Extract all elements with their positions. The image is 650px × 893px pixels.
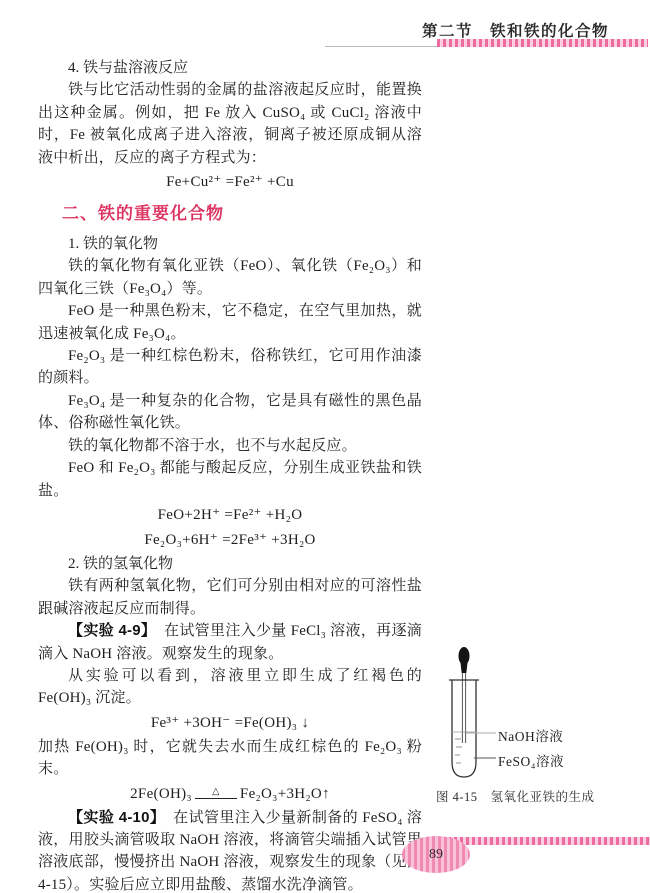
- heading-iron-oxides: 1. 铁的氧化物: [38, 233, 422, 255]
- section-header-title: 第二节 铁和铁的化合物: [422, 19, 609, 41]
- figure-label-feso4: FeSO₄溶液: [498, 750, 564, 770]
- heading-salt-reaction: 4. 铁与盐溶液反应: [38, 57, 422, 79]
- textbook-page: { "header": { "section_label": "第二节 铁和铁的…: [0, 0, 650, 893]
- heading-iron-hydroxides: 2. 铁的氢氧化物: [38, 553, 422, 575]
- test-tube-dropper-illustration: [434, 646, 504, 786]
- reaction-bar: [195, 798, 237, 799]
- para-observation: 从实验可以看到，溶液里立即生成了红褐色的Fe(OH)₃ 沉淀。: [38, 665, 422, 710]
- para-fe2o3: Fe₂O₃ 是一种红棕色粉末，俗称铁红，它可用作油漆的颜料。: [38, 345, 422, 390]
- page-number: 89: [429, 847, 443, 863]
- equation-feo-acid: FeO+2H⁺ =Fe²⁺ +H₂O: [38, 503, 422, 527]
- para-hydroxides: 铁有两种氢氧化物，它们可分别由相对应的可溶性盐跟碱溶液起反应而制得。: [38, 575, 422, 620]
- experiment-4-10-label: 【实验 4-10】: [68, 809, 158, 826]
- header-pink-band: [437, 39, 648, 47]
- para-experiment-4-10: 【实验 4-10】 在试管里注入少量新制备的 FeSO₄ 溶液，用胶头滴管吸取 …: [38, 807, 422, 893]
- delta-heat-icon: △: [212, 788, 220, 797]
- test-tube-body: [452, 680, 476, 777]
- equation-heating-decomposition: 2Fe(OH)₃△Fe₂O₃+3H₂O↑: [38, 782, 422, 806]
- dropper-collar: [461, 663, 468, 673]
- para-fe3o4: Fe₃O₄ 是一种复杂的化合物，它是具有磁性的黑色晶体、俗称磁性氧化铁。: [38, 390, 422, 435]
- page-number-oval: 89: [402, 836, 470, 873]
- para-experiment-4-9: 【实验 4-9】 在试管里注入少量 FeCl₃ 溶液，再逐滴滴入 NaOH 溶液…: [38, 620, 422, 665]
- experiment-4-9-label: 【实验 4-9】: [68, 622, 149, 639]
- equation-fe2o3-acid: Fe₂O₃+6H⁺ =2Fe³⁺ +3H₂O: [38, 528, 422, 552]
- para-oxides-intro: 铁的氧化物有氧化亚铁（FeO）、氧化铁（Fe₂O₃）和四氧化三铁（Fe₃O₄）等…: [38, 255, 422, 300]
- equation-fe3-oh: Fe³⁺ +3OH⁻ =Fe(OH)₃ ↓: [38, 711, 422, 735]
- equation-displacement: Fe+Cu²⁺ =Fe²⁺ +Cu: [38, 170, 422, 194]
- para-heating: 加热 Fe(OH)₃ 时，它就失去水而生成红棕色的 Fe₂O₃ 粉末。: [38, 736, 422, 781]
- figure-caption: 图 4-15 氢氧化亚铁的生成: [436, 787, 595, 805]
- para-feo: FeO 是一种黑色粉末，它不稳定，在空气里加热，就迅速被氧化成 Fe₃O₄。: [38, 300, 422, 345]
- dropper-bulb-icon: [459, 647, 470, 665]
- equation-heat-right: Fe₂O₃+3H₂O↑: [240, 786, 330, 802]
- figure-label-naoh: NaOH溶液: [498, 725, 563, 745]
- para-water-insoluble: 铁的氧化物都不溶于水，也不与水起反应。: [38, 435, 422, 457]
- heating-condition-bar: △: [195, 788, 237, 799]
- section-heading-iron-compounds: 二、铁的重要化合物: [38, 202, 422, 226]
- para-acid-reaction: FeO 和 Fe₂O₃ 都能与酸起反应，分别生成亚铁盐和铁盐。: [38, 457, 422, 502]
- equation-heat-left: 2Fe(OH)₃: [130, 786, 192, 802]
- footer-pink-band: [436, 837, 650, 845]
- figure-4-15: NaOH溶液 FeSO₄溶液 图 4-15 氢氧化亚铁的生成: [434, 646, 646, 818]
- main-text-column: 4. 铁与盐溶液反应 铁与比它活动性弱的金属的盐溶液起反应时，能置换出这种金属。…: [38, 57, 422, 893]
- para-salt-reaction: 铁与比它活动性弱的金属的盐溶液起反应时，能置换出这种金属。例如，把 Fe 放入 …: [38, 79, 422, 169]
